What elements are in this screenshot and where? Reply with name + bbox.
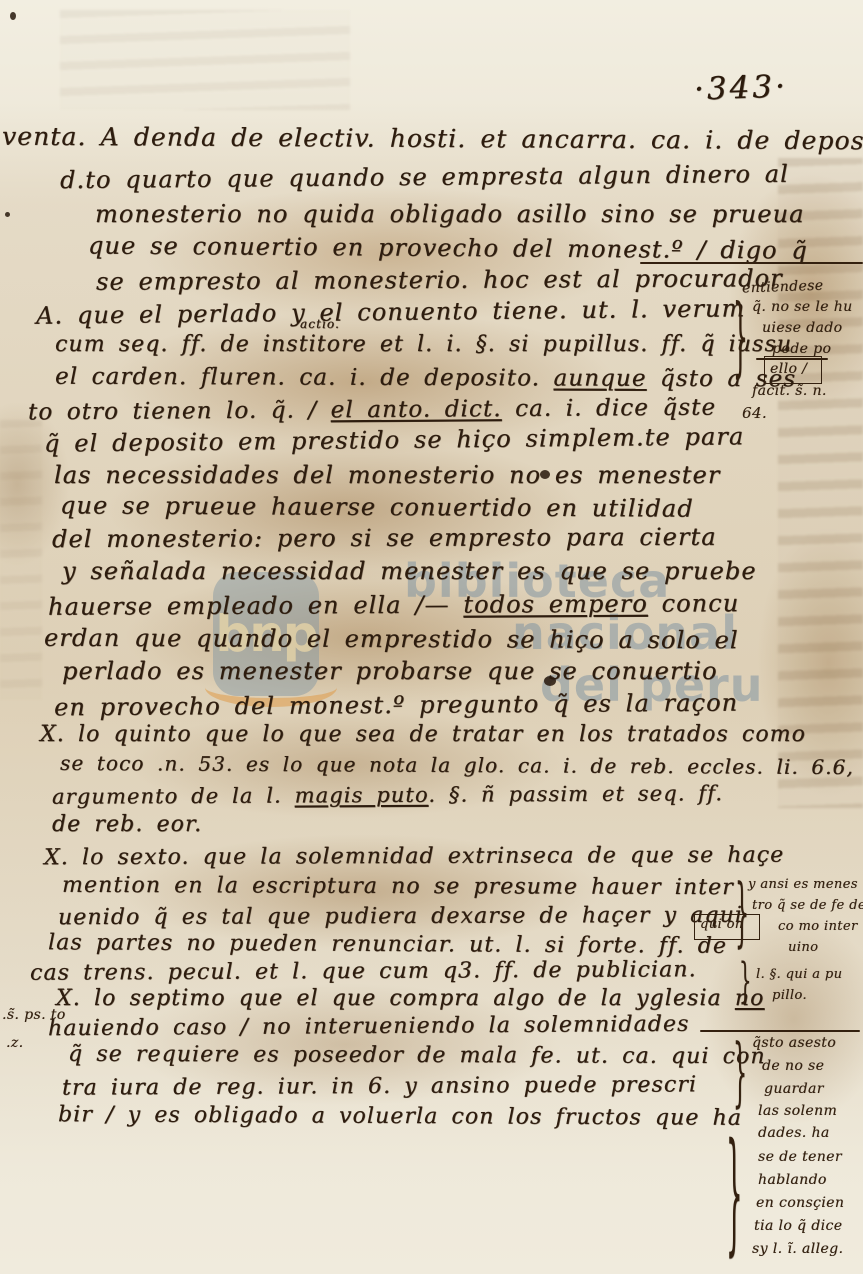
ink-rule (700, 1030, 860, 1032)
margin-note: se de tener (758, 1150, 842, 1164)
manuscript-line: perlado es menester probarse que se conu… (62, 659, 718, 683)
ink-speck (10, 12, 16, 20)
manuscript-line: to otro tienen lo. q̃. / el anto. dict. … (28, 397, 716, 425)
manuscript-line: cas trens. pecul. et l. que cum q3. ff. … (30, 959, 697, 984)
manuscript-line: cum seq. ff. de institore et l. i. §. si… (55, 334, 792, 356)
margin-note: q̃. no se le hu (752, 300, 853, 314)
manuscript-line: q̃ se requiere es poseedor de mala fe. u… (68, 1044, 766, 1068)
manuscript-line: hauerse empleado en ella /— todos empero… (48, 591, 739, 619)
manuscript-line: en provecho del monest.º pregunto q̃ es … (54, 691, 738, 720)
margin-note: dades. ha (758, 1126, 830, 1140)
manuscript-line: q̃ el deposito em prestido se hiço simpl… (44, 424, 745, 455)
verso-showthrough-top (60, 10, 350, 110)
manuscript-line: las partes no pueden renunciar. ut. l. s… (48, 932, 727, 958)
manuscript-line: X. lo quinto que lo que sea de tratar en… (40, 724, 806, 746)
ink-speck (5, 212, 10, 217)
manuscript-line: X. lo sexto. que la solemnidad extrinsec… (44, 845, 784, 870)
manuscript-line: uenido q̃ es tal que pudiera dexarse de … (58, 905, 743, 929)
manuscript-line: argumento de la l. magis puto. §. ñ pass… (52, 783, 723, 808)
margin-note: .z. (6, 1036, 23, 1050)
margin-note: tro q̃ se de fe de (752, 899, 863, 912)
manuscript-line: venta. A denda de electiv. hosti. et anc… (2, 124, 863, 154)
margin-brace: } (733, 296, 748, 382)
margin-note: entiendese (742, 279, 824, 296)
manuscript-line: que se conuertio en provecho del monest.… (88, 233, 808, 262)
margin-note: sy l. ĩ. alleg. (752, 1242, 843, 1256)
manuscript-line: tra iura de reg. iur. in 6. y ansino pue… (62, 1074, 697, 1099)
margin-note: co mo inter (778, 920, 858, 933)
margin-brace: } (726, 1128, 743, 1260)
margin-note: de no se (762, 1059, 824, 1073)
margin-note: uino (788, 941, 818, 954)
manuscript-line: se toco .n. 53. es lo que nota la glo. c… (60, 753, 854, 777)
margin-note: .s̃. ps. to (2, 1008, 66, 1022)
margin-note: pillo. (772, 989, 807, 1002)
ink-box (694, 914, 760, 940)
manuscript-line: monesterio no quida obligado asillo sino… (95, 202, 805, 226)
manuscript-line: d.to quarto que quando se empresta algun… (60, 162, 789, 192)
margin-note: y ansi es menes (748, 878, 858, 891)
manuscript-line: y señalada necessidad menester es que se… (62, 559, 757, 583)
manuscript-line: las necessidades del monesterio no es me… (54, 463, 720, 487)
manuscript-line: del monesterio: pero si se empresto para… (52, 525, 717, 551)
manuscript-line: erdan que quando el emprestido se hiço a… (44, 626, 739, 652)
margin-note: facit. s̃. n. (752, 384, 827, 398)
ink-box (764, 356, 822, 384)
manuscript-line: de reb. eor. (52, 814, 202, 836)
margin-note: l. §. qui a pu (756, 968, 842, 981)
manuscript-line: bir / y es obligado a voluerla con los f… (58, 1104, 742, 1130)
margin-note: uiese dado (762, 321, 842, 335)
ink-blot (544, 676, 556, 686)
manuscript-line: actio. (300, 318, 340, 330)
page-number: ·343· (693, 68, 788, 107)
manuscript-line: A. que el perlado y el conuento tiene. u… (36, 296, 746, 327)
margin-brace: } (733, 1036, 747, 1111)
verso-showthrough-left (0, 420, 42, 700)
margin-note: en consçien (756, 1196, 844, 1210)
ink-rule (640, 262, 863, 264)
margin-note: 64. (742, 406, 767, 421)
manuscript-line: mention en la escriptura no se presume h… (62, 875, 734, 899)
ink-blot (540, 470, 550, 479)
manuscript-line: se empresto al monesterio. hoc est al pr… (96, 266, 783, 294)
margin-note: pode po (772, 342, 831, 356)
margin-brace: } (739, 958, 751, 1006)
manuscript-page: bnp bibliotecanacionaldel peru ·343· ven… (0, 0, 863, 1274)
manuscript-line: el carden. fluren. ca. i. de deposito. a… (55, 366, 796, 392)
manuscript-line: X. lo septimo que el que compra algo de … (56, 988, 764, 1010)
margin-note: guardar (764, 1082, 824, 1096)
manuscript-line: que se prueue hauerse conuertido en util… (60, 493, 694, 520)
manuscript-line: hauiendo caso / no interueniendo la sole… (48, 1014, 690, 1040)
margin-note: tia lo q̃ dice (754, 1219, 842, 1233)
margin-note: hablando (758, 1173, 827, 1187)
margin-note: q̃sto asesto (752, 1036, 836, 1050)
margin-note: las solenm (758, 1104, 837, 1118)
